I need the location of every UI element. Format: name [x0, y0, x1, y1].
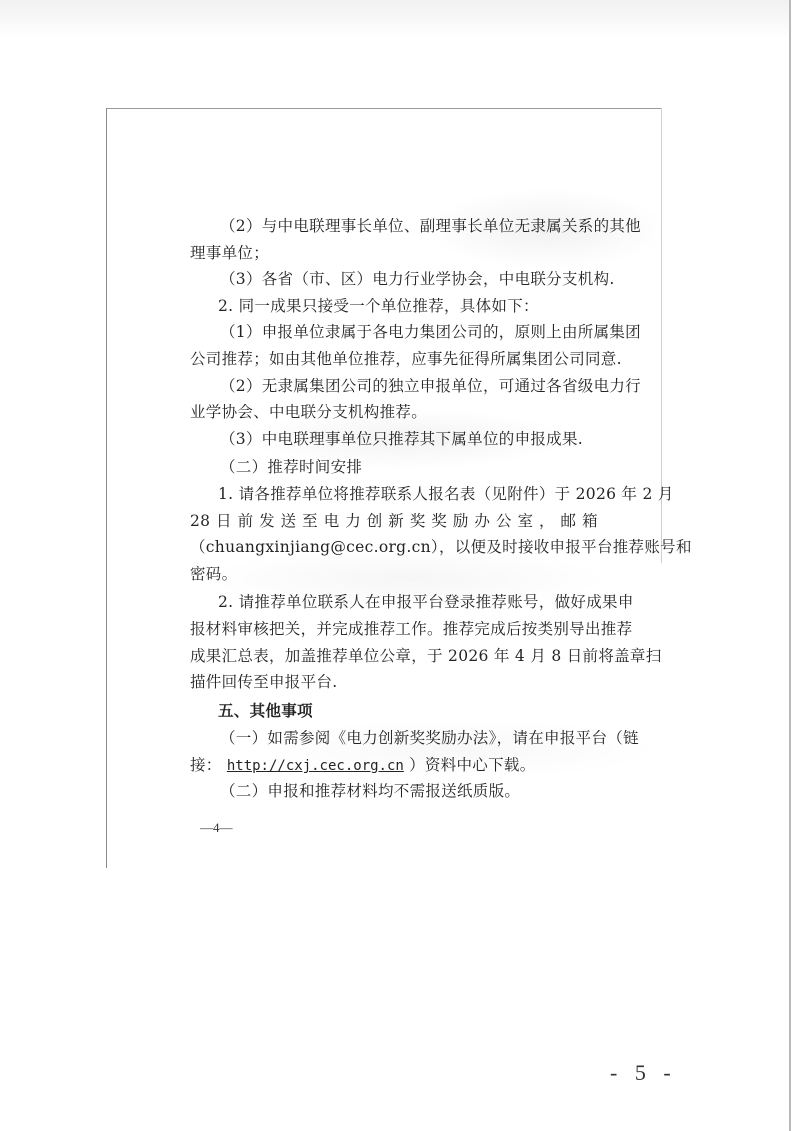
paragraph-line-spread: 28 日 前 发 送 至 电 力 创 新 奖 奖 励 办 公 室 ， 邮 箱: [190, 508, 598, 534]
inner-page-number: —4—: [200, 820, 233, 836]
link-line: 接： http://cxj.cec.org.cn ）资料中心下载。: [190, 752, 536, 778]
paragraph-line: 2. 请推荐单位联系人在申报平台登录推荐账号，做好成果申: [218, 589, 634, 615]
paragraph-line: （二）申报和推荐材料均不需报送纸质版。: [220, 778, 520, 804]
paragraph-line: （3）中电联理事单位只推荐其下属单位的申报成果.: [220, 426, 583, 452]
paragraph-line: 报材料审核把关，并完成推荐工作。推荐完成后按类别导出推荐: [190, 616, 632, 642]
paragraph-line: （1）申报单位隶属于各电力集团公司的，原则上由所属集团: [220, 319, 641, 345]
paragraph-line: （一）如需参阅《电力创新奖奖励办法》，请在申报平台（链: [220, 725, 639, 751]
section-heading: 五、其他事项: [218, 698, 313, 724]
paragraph-line: 业学协会、中电联分支机构推荐。: [190, 399, 427, 425]
subsection-heading: （二）推荐时间安排: [220, 454, 362, 480]
paragraph-line: 公司推荐；如由其他单位推荐，应事先征得所属集团公司同意.: [190, 346, 622, 372]
paragraph-line: （3）各省（市、区）电力行业学协会，中电联分支机构.: [220, 266, 615, 292]
paragraph-line: 描件回传至申报平台.: [190, 669, 337, 695]
platform-link[interactable]: http://cxj.cec.org.cn: [227, 758, 404, 774]
paragraph-line: 成果汇总表，加盖推荐单位公章，于 2026 年 4 月 8 日前将盖章扫: [190, 643, 662, 669]
link-suffix: ）资料中心下载。: [409, 756, 535, 774]
scan-edge: [789, 0, 791, 1131]
paragraph-line: 理事单位；: [190, 240, 269, 266]
paragraph-line: 2. 同一成果只接受一个单位推荐，具体如下：: [218, 293, 539, 319]
email-line: （chuangxinjiang@cec.org.cn），以便及时接收申报平台推荐…: [190, 534, 692, 560]
paragraph-line: 1. 请各推荐单位将推荐联系人报名表（见附件）于 2026 年 2 月: [218, 481, 674, 507]
paragraph-line: （2）与中电联理事长单位、副理事长单位无隶属关系的其他: [220, 213, 641, 239]
scan-top-shade: [0, 0, 790, 40]
page-number: - 5 -: [610, 1060, 677, 1086]
paragraph-line: 密码。: [190, 561, 237, 587]
link-label: 接：: [190, 756, 222, 774]
paragraph-line: （2）无隶属集团公司的独立申报单位，可通过各省级电力行: [220, 373, 641, 399]
